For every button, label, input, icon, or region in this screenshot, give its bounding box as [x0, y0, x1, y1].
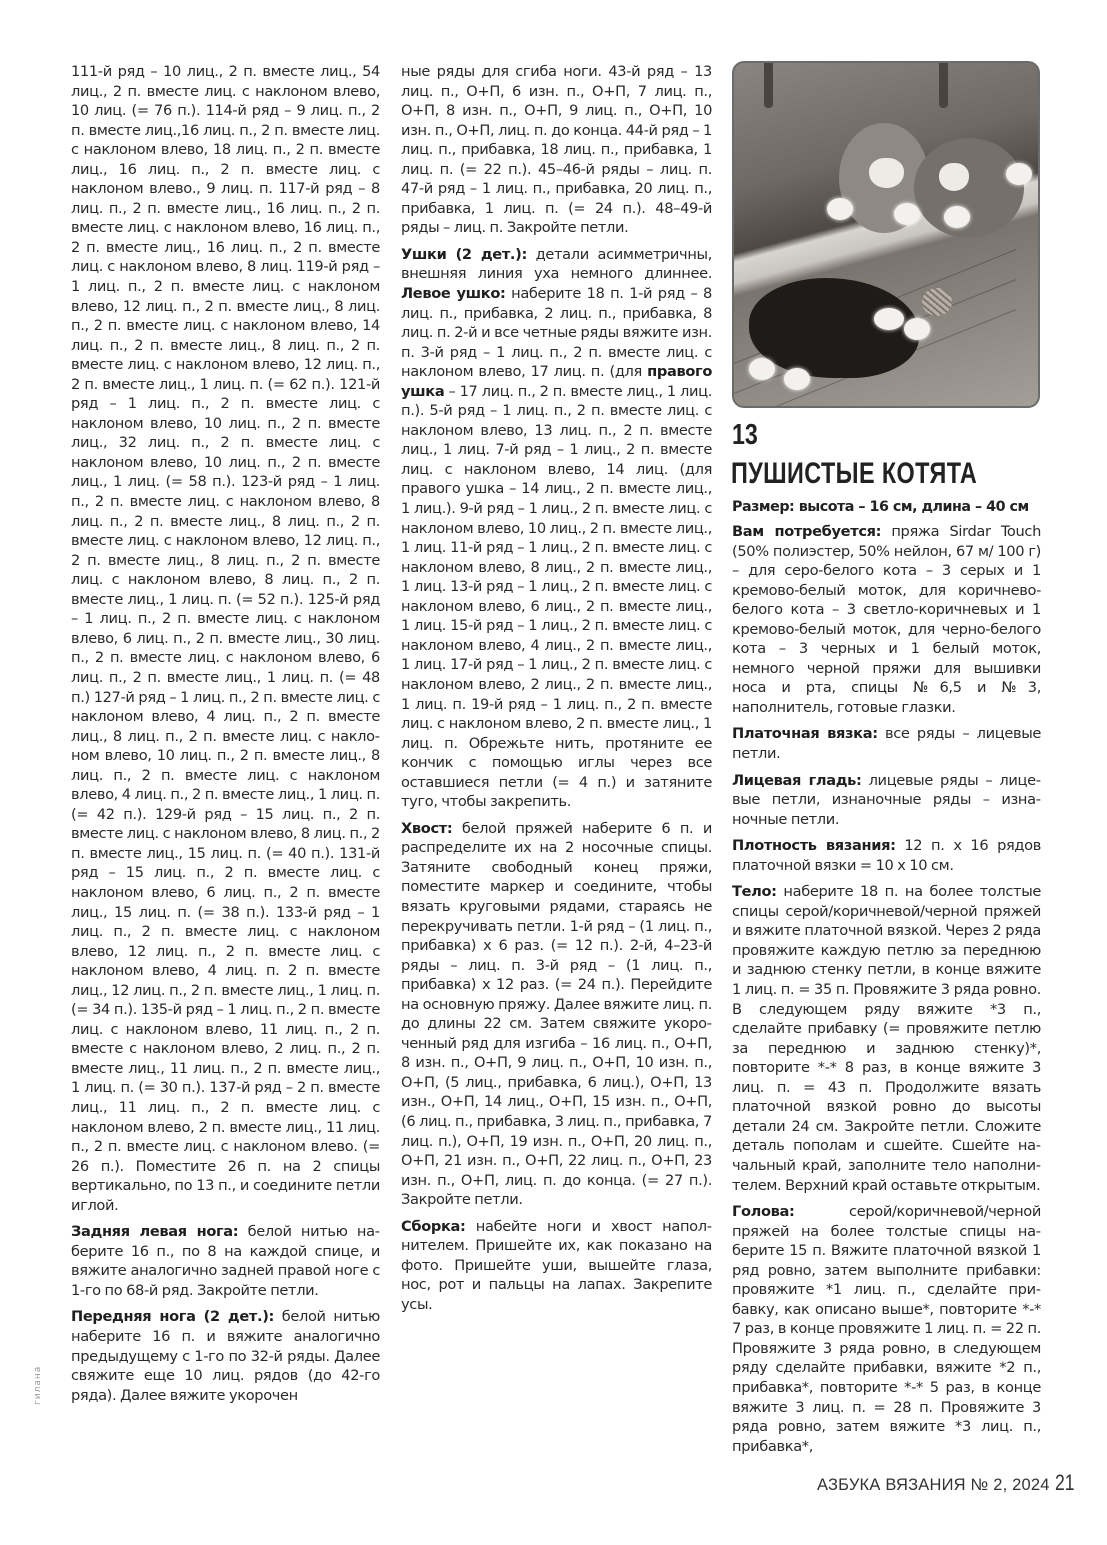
- section-label: Сборка:: [401, 1218, 466, 1235]
- side-credit: гилана: [33, 1366, 43, 1405]
- section-label: Хвост:: [401, 820, 452, 837]
- paragraph-text: пряжа Sirdar Touch (50% полиэстер, 50% н…: [732, 523, 1041, 716]
- paragraph-body: Тело: наберите 18 п. на более тол­стые с…: [732, 882, 1041, 1195]
- kitten-paw: [944, 206, 970, 228]
- paragraph-garter-stitch: Платочная вязка: все ряды – лицевые петл…: [732, 724, 1041, 763]
- page-number: 21: [1055, 1470, 1075, 1496]
- paragraph-tail: Хвост: белой пряжей наберите 6 п. и расп…: [401, 819, 712, 1210]
- section-label: Тело:: [732, 883, 777, 900]
- paragraph-text: наберите 18 п. на более тол­стые спицы с…: [732, 883, 1041, 1193]
- kitten-face: [939, 163, 969, 191]
- kitten-paw: [894, 203, 920, 225]
- section-label: Передняя нога (2 дет.):: [71, 1308, 274, 1325]
- furniture-leg: [764, 63, 773, 108]
- text-column-2: ные ряды для сгиба ноги. 43-й ряд – 13 л…: [401, 62, 712, 1321]
- section-label: Вам потребуется:: [732, 523, 881, 540]
- paragraph-materials: Вам потребуется: пряжа Sirdar Touch (50%…: [732, 522, 1041, 717]
- section-label: Задняя левая нога:: [71, 1223, 238, 1240]
- paragraph-back-left-leg: Задняя левая нога: белой нитью на­берите…: [71, 1222, 380, 1300]
- kitten-paw: [904, 318, 930, 340]
- paragraph-gauge: Плотность вязания: 12 п. х 16 рядов плат…: [732, 836, 1041, 875]
- pattern-title: ПУШИСТЫЕ КОТЯТА: [731, 456, 977, 492]
- kitten-paw: [784, 368, 810, 390]
- paragraph-text: белой пряжей наберите 6 п. и распределит…: [401, 820, 712, 1208]
- paragraph-text: – 17 лиц. п., 2 п. вместе лиц., 1 лиц. п…: [401, 383, 712, 810]
- pattern-number: 13: [732, 418, 758, 452]
- magazine-footer: АЗБУКА ВЯЗАНИЯ № 2, 2024: [817, 1476, 1050, 1495]
- yarn-ball: [922, 288, 952, 316]
- kittens-photo: [732, 61, 1040, 408]
- section-label: Голова:: [732, 1203, 795, 1220]
- paragraph-ears: Ушки (2 дет.): детали асимметричны, внеш…: [401, 245, 712, 812]
- furniture-leg: [939, 63, 948, 108]
- paragraph-head: Голова: серой/коричневой/черной пряжей н…: [732, 1202, 1041, 1456]
- text-column-3: Вам потребуется: пряжа Sirdar Touch (50%…: [732, 522, 1041, 1463]
- paragraph-leg-bend-rows: ные ряды для сгиба ноги. 43-й ряд – 13 л…: [401, 62, 712, 238]
- section-label: Платочная вязка:: [732, 725, 878, 742]
- paragraph-text: ные ряды для сгиба ноги. 43-й ряд – 13 л…: [401, 63, 712, 236]
- pattern-size: Размер: высота – 16 см, длина – 40 см: [732, 497, 1052, 517]
- text-column-1: 111-й ряд – 10 лиц., 2 п. вместе лиц., 5…: [71, 62, 380, 1412]
- paragraph-text: серой/коричневой/черной пряжей на более …: [732, 1203, 1041, 1455]
- kitten-paw: [749, 358, 775, 380]
- section-label: Ушки (2 дет.):: [401, 246, 527, 263]
- paragraph-stockinette: Лицевая гладь: лицевые ряды – лице­вые п…: [732, 771, 1041, 830]
- paragraph-text: 111-й ряд – 10 лиц., 2 п. вместе лиц., 5…: [71, 63, 380, 1214]
- kitten-paw: [827, 198, 853, 220]
- kitten-paw: [1006, 163, 1032, 185]
- section-label: Плотность вязания:: [732, 837, 896, 854]
- paragraph-rows-111-137: 111-й ряд – 10 лиц., 2 п. вместе лиц., 5…: [71, 62, 380, 1215]
- section-label: Лицевая гладь:: [732, 772, 862, 789]
- kitten-paw: [874, 308, 904, 330]
- section-label: Левое ушко:: [401, 285, 506, 302]
- brown-kitten: [914, 138, 1024, 238]
- paragraph-assembly: Сборка: набейте ноги и хвост напол­нител…: [401, 1217, 712, 1315]
- paragraph-front-leg: Передняя нога (2 дет.): белой нитью набе…: [71, 1307, 380, 1405]
- kitten-face: [869, 158, 904, 188]
